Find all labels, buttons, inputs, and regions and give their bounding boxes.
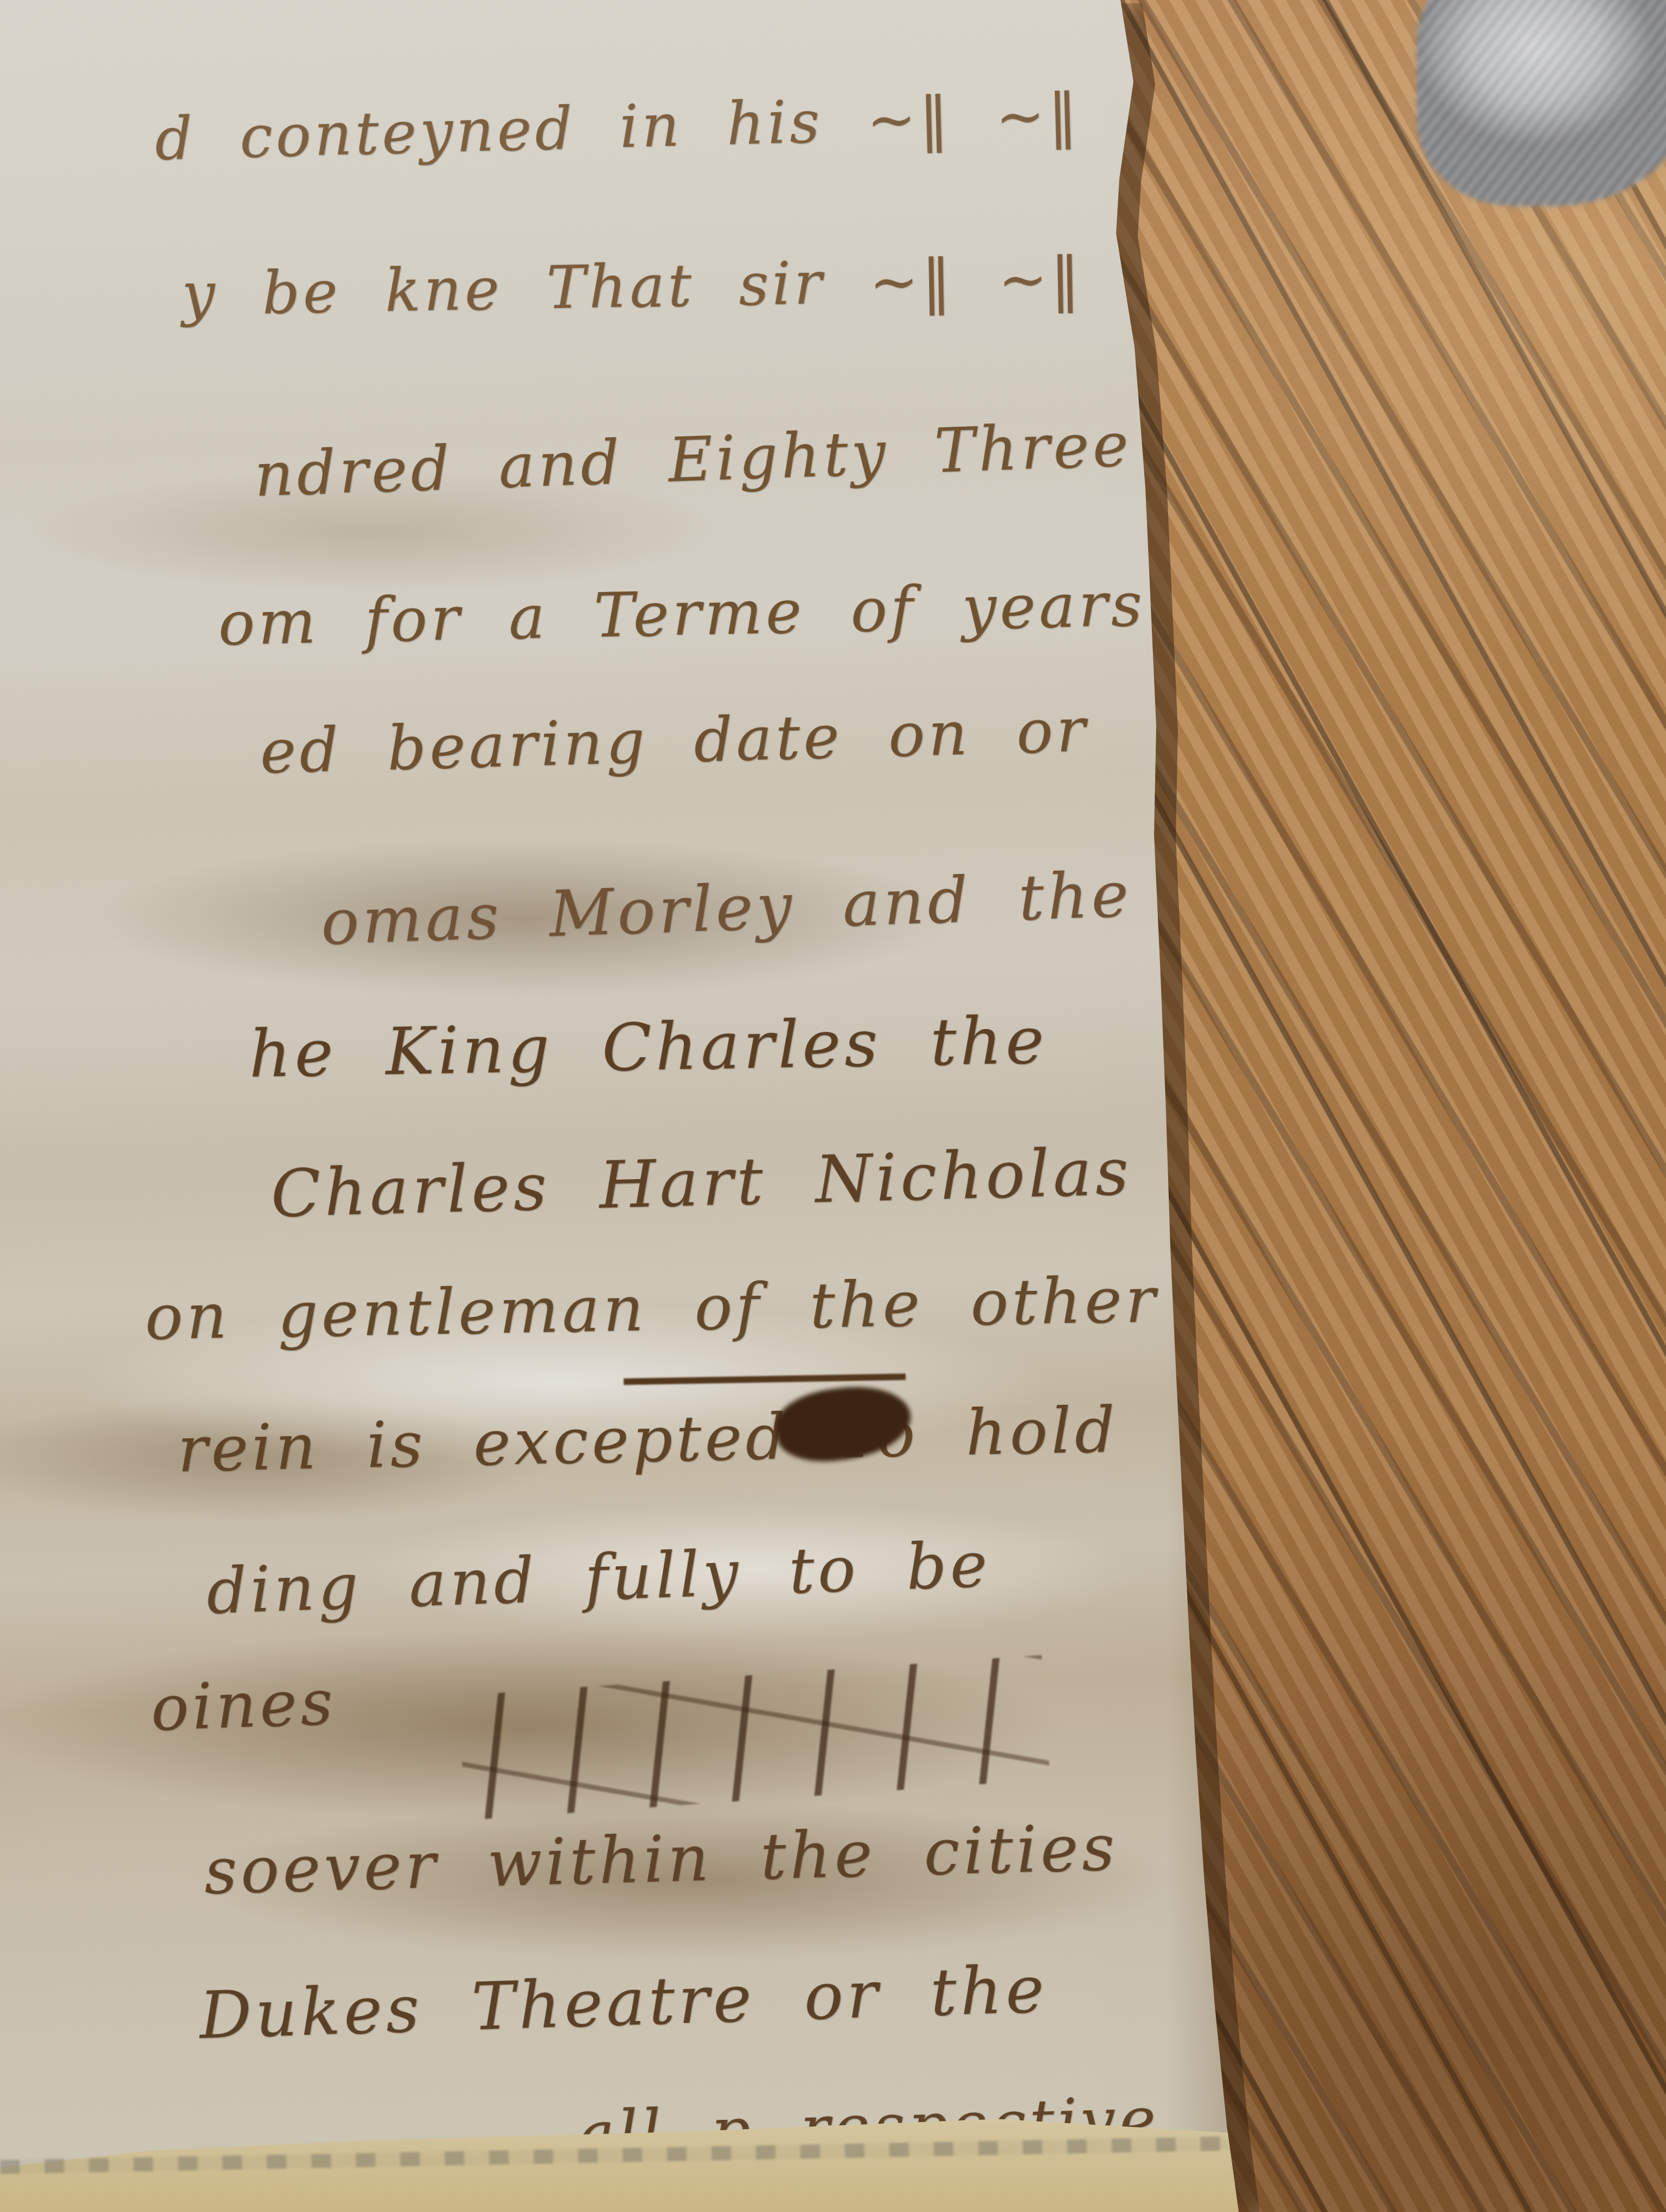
manuscript-line: ding and fully to be: [206, 1528, 992, 1628]
manuscript-line: rein is excepted To hold: [177, 1393, 1119, 1486]
manuscript-line: d conteyned in his ∼‖ ∼‖: [154, 81, 1081, 173]
manuscript-line: soever within the cities: [203, 1810, 1119, 1908]
manuscript-line: Dukes Theatre or the: [198, 1952, 1049, 2054]
manuscript-line: on gentleman of the other: [144, 1263, 1159, 1354]
manuscript-line: Charles Hart Nicholas: [270, 1134, 1133, 1232]
parchment-document: d conteyned in his ∼‖ ∼‖ y be kne That s…: [0, 0, 1247, 2212]
manuscript-line: y be kne That sir ∼‖ ∼‖: [181, 245, 1084, 329]
manuscript-text: d conteyned in his ∼‖ ∼‖ y be kne That s…: [0, 0, 1247, 2212]
manuscript-line: oines: [150, 1666, 337, 1745]
manuscript-line: om for a Terme of years: [217, 569, 1146, 659]
photo-of-manuscript: d conteyned in his ∼‖ ∼‖ y be kne That s…: [0, 0, 1666, 2212]
manuscript-line: ed bearing date on or: [259, 695, 1090, 787]
blurred-gray-fabric-object: [1417, 0, 1666, 206]
manuscript-line: ndred and Eighty Three: [253, 409, 1133, 510]
manuscript-line: he King Charles the: [248, 1003, 1048, 1092]
manuscript-line: omas Morley and the: [320, 858, 1133, 959]
